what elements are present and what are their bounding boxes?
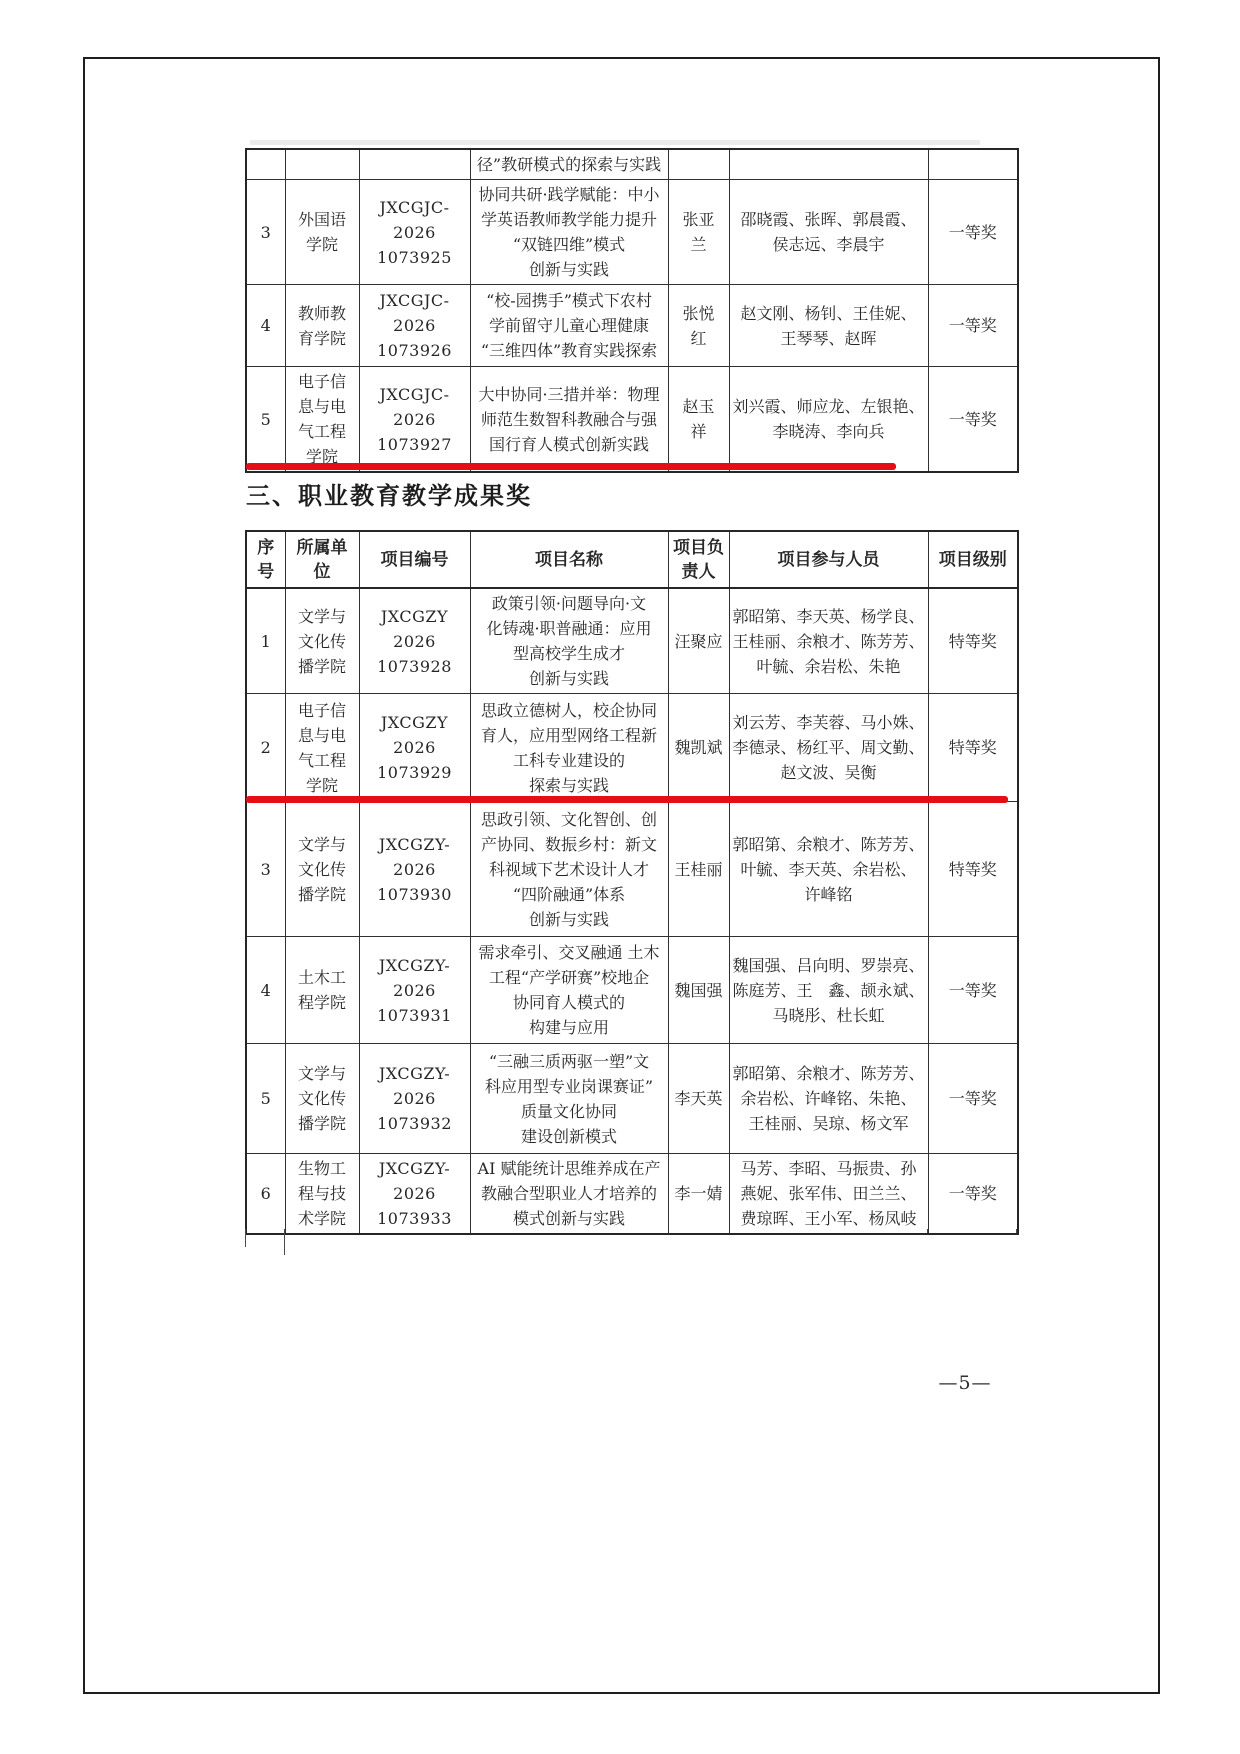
vocational-awards-table: 序 号 所属单 位 项目编号 项目名称 项目负 责人 项目参与人员 项目级别 1…: [245, 530, 1019, 1235]
cell-participants: 魏国强、吕向明、罗崇亮、 陈庭芳、王 鑫、颉永斌、 马晓彤、杜长虹: [729, 937, 928, 1044]
higher-ed-awards-table-continued: 径”教研模式的探索与实践 3 外国语 学院 JXCGJC-2026 107392…: [245, 148, 1019, 473]
next-row-border-artifact: [245, 1229, 246, 1247]
header-seq-number: 序 号: [246, 531, 285, 588]
cell-project-name: 需求牵引、交叉融通 土木 工程“产学研赛”校地企 协同育人模式的 构建与应用: [470, 937, 668, 1044]
cell-seq-number: 1: [246, 588, 285, 694]
cell-award-level: 一等奖: [928, 1154, 1018, 1235]
cell-unit: 文学与 文化传 播学院: [285, 802, 359, 937]
table-row: 3 外国语 学院 JXCGJC-2026 1073925 协同共研·践学赋能：中…: [246, 180, 1018, 285]
table-row: 6 生物工 程与技 术学院 JXCGZY-2026 1073933 AI 赋能统…: [246, 1154, 1018, 1235]
cell-project-leader: 魏国强: [668, 937, 729, 1044]
cell-project-name: 径”教研模式的探索与实践: [470, 149, 668, 180]
cell-project-code: JXCGZY-2026 1073933: [359, 1154, 470, 1235]
cell-project-code: JXCGZY-2026 1073931: [359, 937, 470, 1044]
cell-participants: 刘兴霞、师应龙、左银艳、 李晓涛、李向兵: [729, 367, 928, 473]
cell-project-code: JXCGZY 2026 1073929: [359, 694, 470, 802]
scan-smudge: [250, 140, 980, 145]
cell-project-name: 思政立德树人，校企协同 育人，应用型网络工程新 工科专业建设的 探索与实践: [470, 694, 668, 802]
cell-project-leader: 赵玉 祥: [668, 367, 729, 473]
cell-participants: 刘云芳、李芙蓉、马小姝、 李德录、杨红平、周文勤、 赵文波、吴衡: [729, 694, 928, 802]
cell-award-level: 一等奖: [928, 180, 1018, 285]
table-row: 4 土木工 程学院 JXCGZY-2026 1073931 需求牵引、交叉融通 …: [246, 937, 1018, 1044]
cell-seq-number: 3: [246, 180, 285, 285]
cell-project-name: “校-园携手”模式下农村 学前留守儿童心理健康 “三维四体”教育实践探索: [470, 285, 668, 367]
cell-seq-number: 5: [246, 1044, 285, 1154]
red-underline-1: [246, 463, 896, 470]
cell-project-leader: 张悦 红: [668, 285, 729, 367]
cell-participants: 郭昭第、余粮才、陈芳芳、 叶毓、李天英、余岩松、 许峰铭: [729, 802, 928, 937]
table1-body: 径”教研模式的探索与实践 3 外国语 学院 JXCGJC-2026 107392…: [246, 149, 1018, 472]
cell-participants: 马芳、李昭、马振贵、孙 燕妮、张军伟、田兰兰、 费琼晖、王小军、杨凤岐: [729, 1154, 928, 1235]
cell-project-name: 思政引领、文化智创、创 产协同、数振乡村：新文 科视域下艺术设计人才 “四阶融通…: [470, 802, 668, 937]
table-row: 2 电子信 息与电 气工程 学院 JXCGZY 2026 1073929 思政立…: [246, 694, 1018, 802]
header-project-code: 项目编号: [359, 531, 470, 588]
cell-seq-number: [246, 149, 285, 180]
header-row: 序 号 所属单 位 项目编号 项目名称 项目负 责人 项目参与人员 项目级别: [246, 531, 1018, 588]
cell-project-code: JXCGJC-2026 1073925: [359, 180, 470, 285]
cell-project-name: 大中协同·三措并举：物理 师范生数智科教融合与强 国行育人模式创新实践: [470, 367, 668, 473]
cell-award-level: 一等奖: [928, 285, 1018, 367]
cell-project-name: AI 赋能统计思维养成在产 教融合型职业人才培养的 模式创新与实践: [470, 1154, 668, 1235]
cell-seq-number: 2: [246, 694, 285, 802]
cell-project-code: JXCGZY-2026 1073932: [359, 1044, 470, 1154]
cell-seq-number: 4: [246, 285, 285, 367]
header-project-leader: 项目负 责人: [668, 531, 729, 588]
cell-award-level: [928, 149, 1018, 180]
cell-participants: [729, 149, 928, 180]
cell-project-leader: [668, 149, 729, 180]
cell-award-level: 特等奖: [928, 588, 1018, 694]
cell-unit: 生物工 程与技 术学院: [285, 1154, 359, 1235]
cell-project-code: JXCGJC-2026 1073927: [359, 367, 470, 473]
table2-header: 序 号 所属单 位 项目编号 项目名称 项目负 责人 项目参与人员 项目级别: [246, 531, 1018, 588]
cell-project-leader: 李一婧: [668, 1154, 729, 1235]
next-row-border-artifact: [284, 1229, 285, 1255]
table-row: 径”教研模式的探索与实践: [246, 149, 1018, 180]
next-row-border-artifact: [1016, 1229, 1017, 1233]
cell-seq-number: 6: [246, 1154, 285, 1235]
cell-seq-number: 4: [246, 937, 285, 1044]
header-unit: 所属单 位: [285, 531, 359, 588]
cell-unit: [285, 149, 359, 180]
cell-unit: 教师教 育学院: [285, 285, 359, 367]
cell-unit: 电子信 息与电 气工程 学院: [285, 367, 359, 473]
cell-participants: 郭昭第、李天英、杨学良、 王桂丽、余粮才、陈芳芳、 叶毓、余岩松、朱艳: [729, 588, 928, 694]
table2-body: 1 文学与 文化传 播学院 JXCGZY 2026 1073928 政策引领·问…: [246, 588, 1018, 1234]
table-row: 3 文学与 文化传 播学院 JXCGZY-2026 1073930 思政引领、文…: [246, 802, 1018, 937]
cell-award-level: 一等奖: [928, 937, 1018, 1044]
table-row: 5 电子信 息与电 气工程 学院 JXCGJC-2026 1073927 大中协…: [246, 367, 1018, 473]
red-underline-2: [246, 796, 1008, 803]
cell-project-leader: 张亚 兰: [668, 180, 729, 285]
table-row: 1 文学与 文化传 播学院 JXCGZY 2026 1073928 政策引领·问…: [246, 588, 1018, 694]
cell-project-leader: 王桂丽: [668, 802, 729, 937]
cell-participants: 赵文刚、杨钊、王佳妮、 王琴琴、赵晖: [729, 285, 928, 367]
cell-unit: 文学与 文化传 播学院: [285, 588, 359, 694]
cell-project-leader: 汪聚应: [668, 588, 729, 694]
cell-award-level: 特等奖: [928, 694, 1018, 802]
cell-project-name: 政策引领·问题导向·文 化铸魂·职普融通：应用 型高校学生成才 创新与实践: [470, 588, 668, 694]
cell-project-code: JXCGJC-2026 1073926: [359, 285, 470, 367]
table-row: 4 教师教 育学院 JXCGJC-2026 1073926 “校-园携手”模式下…: [246, 285, 1018, 367]
section-heading: 三、职业教育教学成果奖: [246, 476, 532, 511]
cell-unit: 文学与 文化传 播学院: [285, 1044, 359, 1154]
cell-unit: 电子信 息与电 气工程 学院: [285, 694, 359, 802]
cell-project-name: 协同共研·践学赋能：中小 学英语教师教学能力提升 “双链四维”模式 创新与实践: [470, 180, 668, 285]
header-award-level: 项目级别: [928, 531, 1018, 588]
table-row: 5 文学与 文化传 播学院 JXCGZY-2026 1073932 “三融三质两…: [246, 1044, 1018, 1154]
next-row-border-artifact: [927, 1229, 928, 1233]
header-participants: 项目参与人员: [729, 531, 928, 588]
cell-award-level: 一等奖: [928, 1044, 1018, 1154]
cell-unit: 土木工 程学院: [285, 937, 359, 1044]
cell-project-code: [359, 149, 470, 180]
cell-seq-number: 5: [246, 367, 285, 473]
cell-seq-number: 3: [246, 802, 285, 937]
cell-participants: 郭昭第、余粮才、陈芳芳、 余岩松、许峰铭、朱艳、 王桂丽、吴琼、杨文军: [729, 1044, 928, 1154]
page-number: —5—: [905, 1372, 1025, 1394]
header-project-name: 项目名称: [470, 531, 668, 588]
cell-project-leader: 魏凯斌: [668, 694, 729, 802]
cell-project-code: JXCGZY 2026 1073928: [359, 588, 470, 694]
cell-project-code: JXCGZY-2026 1073930: [359, 802, 470, 937]
document-page: 径”教研模式的探索与实践 3 外国语 学院 JXCGJC-2026 107392…: [0, 0, 1240, 1754]
cell-award-level: 特等奖: [928, 802, 1018, 937]
cell-project-name: “三融三质两驱一塑”文 科应用型专业岗课赛证” 质量文化协同 建设创新模式: [470, 1044, 668, 1154]
cell-participants: 邵晓霞、张晖、郭晨霞、 侯志远、李晨宇: [729, 180, 928, 285]
cell-award-level: 一等奖: [928, 367, 1018, 473]
cell-project-leader: 李天英: [668, 1044, 729, 1154]
cell-unit: 外国语 学院: [285, 180, 359, 285]
